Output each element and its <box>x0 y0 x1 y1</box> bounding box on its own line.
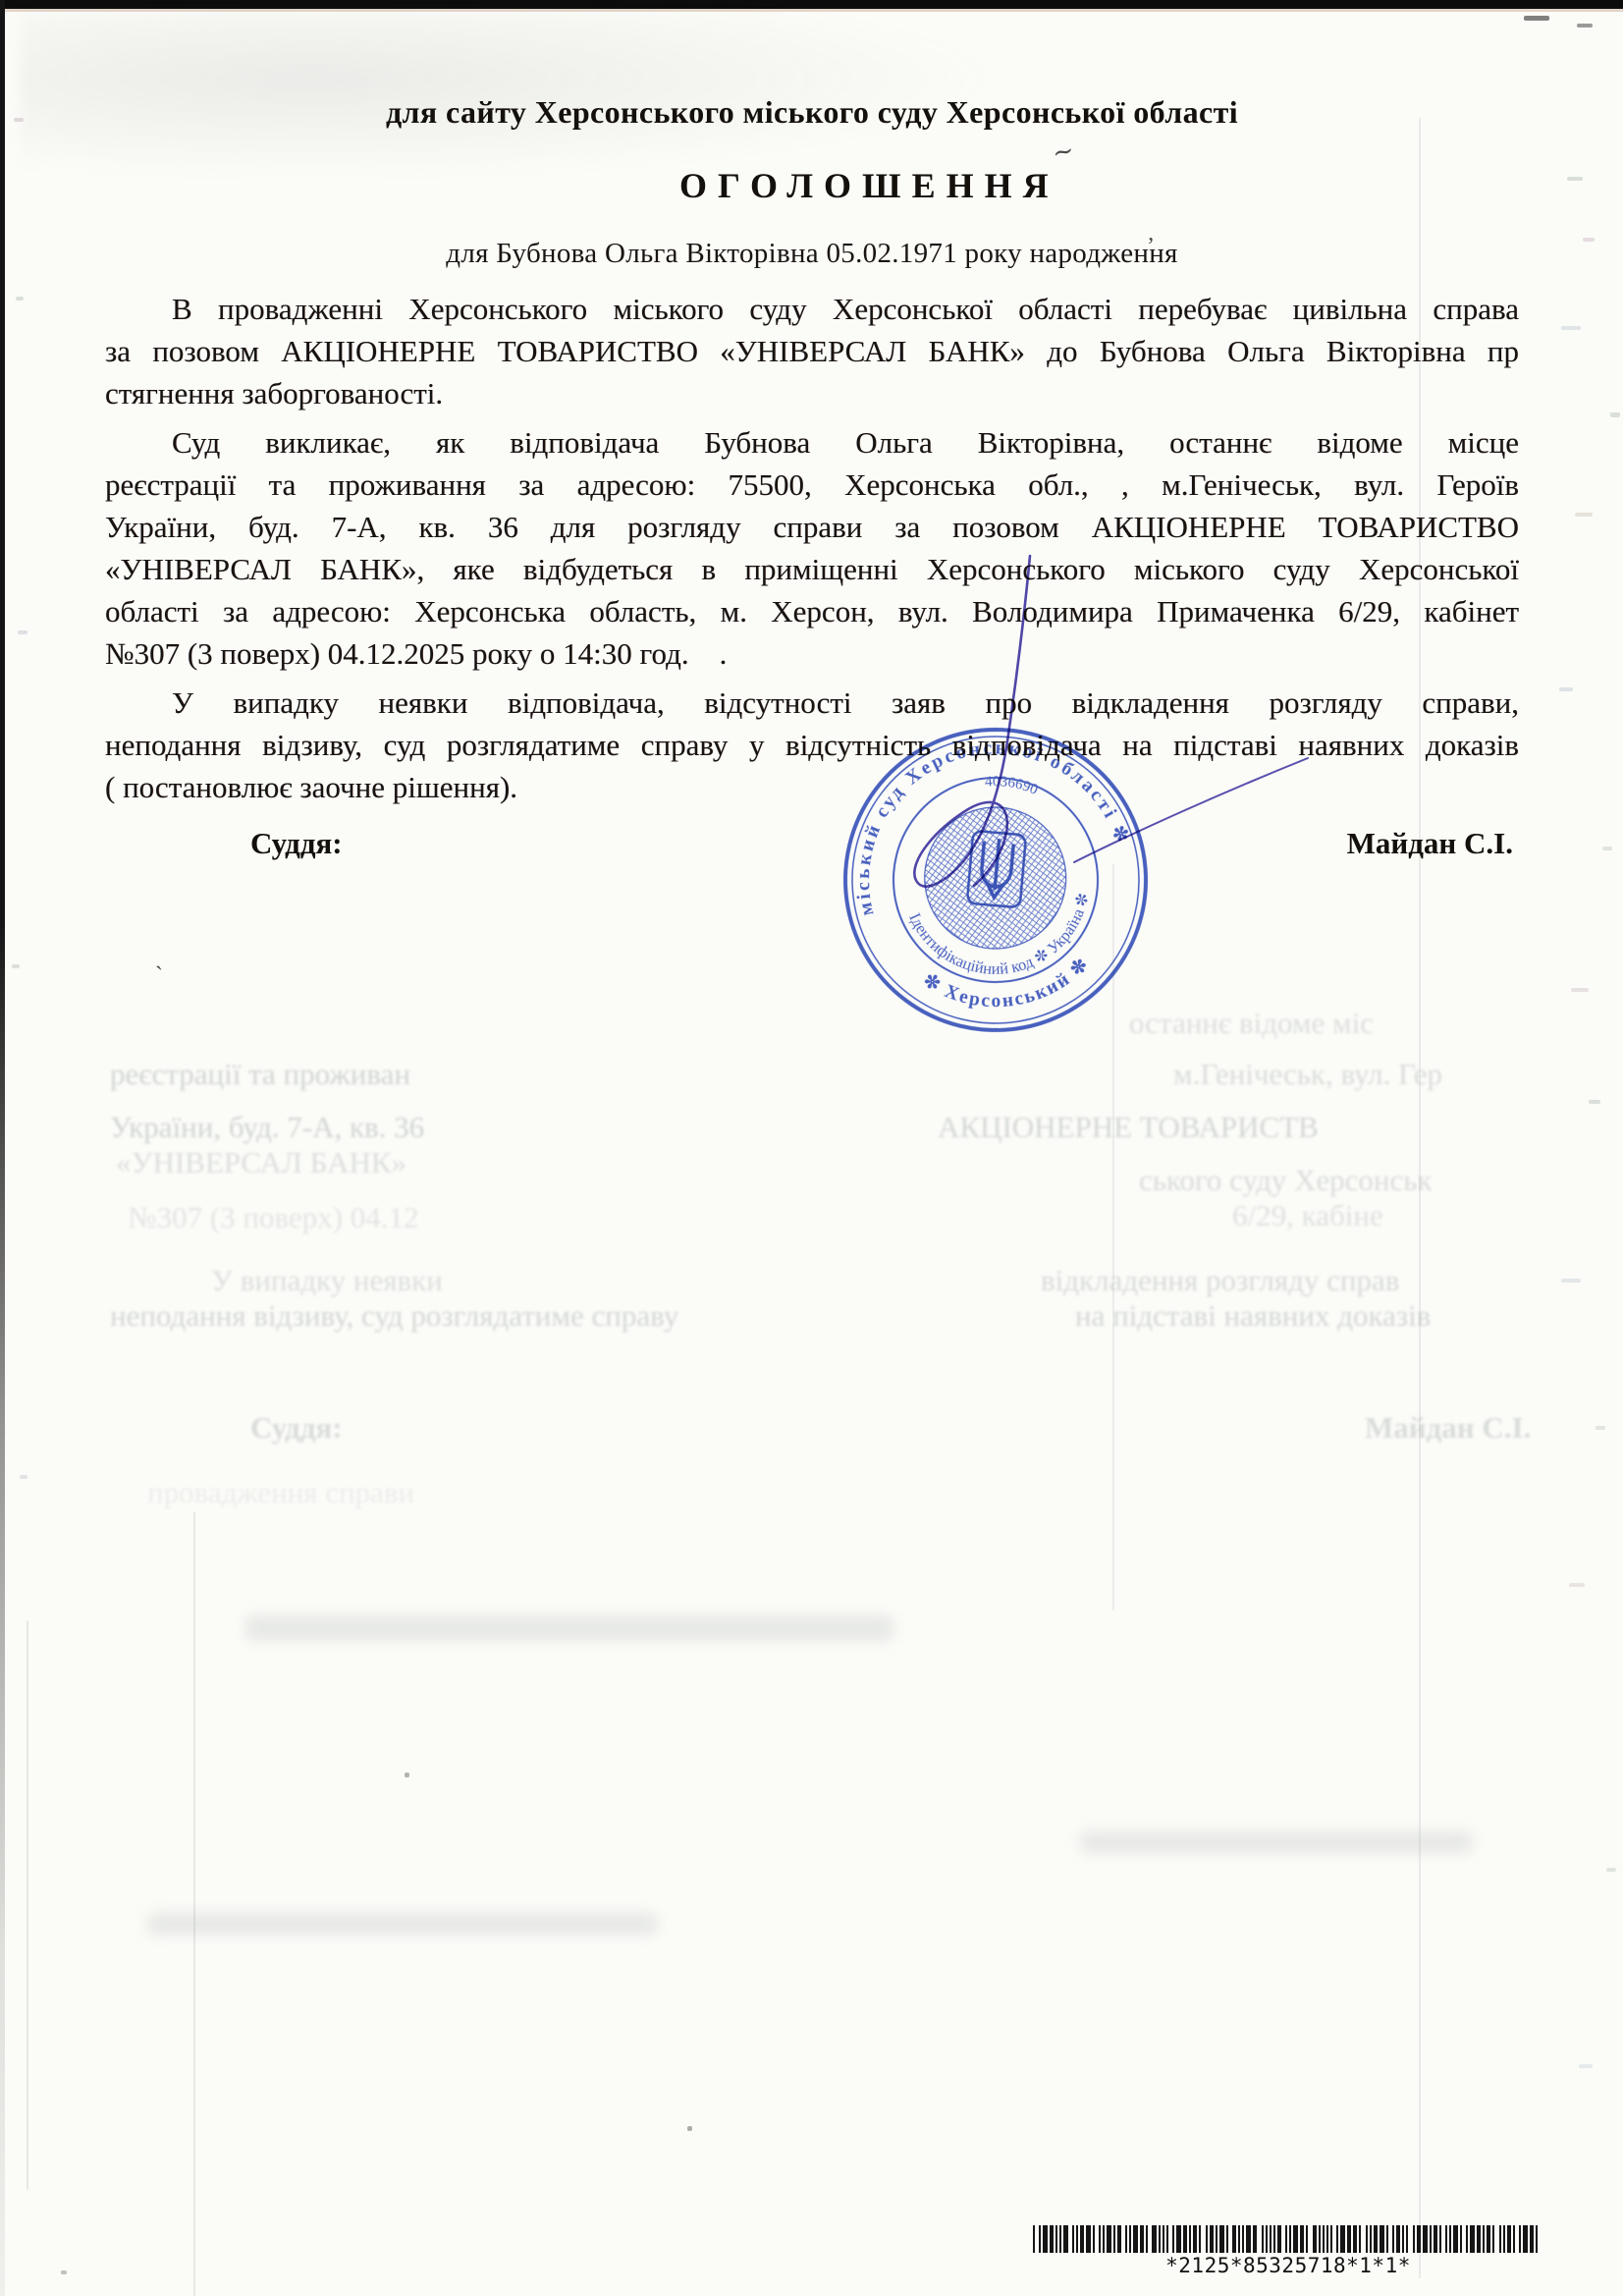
body-line: №307 (3 поверх) 04.12.2025 року о 14:30 … <box>105 632 1519 675</box>
body-line: неподання відзиву, суд розглядатиме спра… <box>105 724 1519 766</box>
scan-vertical-line <box>193 1512 195 2296</box>
ghost-line: «УНІВЕРСАЛ БАНК» <box>116 1145 406 1180</box>
ghost-line: м.Генічеськ, вул. Гер <box>1173 1057 1442 1092</box>
body-line: за позовом АКЦІОНЕРНЕ ТОВАРИСТВО «УНІВЕР… <box>105 330 1519 372</box>
body-line: Суд викликає, як відповідача Бубнова Оль… <box>105 421 1519 464</box>
margin-speck <box>1569 1583 1585 1587</box>
margin-speck <box>1596 1426 1605 1430</box>
svg-text:4036690: 4036690 <box>983 767 1042 804</box>
margin-speck <box>687 2126 692 2131</box>
margin-speck <box>20 1475 27 1479</box>
body-line: України, буд. 7-А, кв. 36 для розгляду с… <box>105 506 1519 548</box>
ghost-line: №307 (3 поверх) 04.12 <box>128 1200 419 1235</box>
margin-speck <box>12 964 20 968</box>
margin-speck <box>1524 16 1549 21</box>
addressee-line: для Бубнова Ольга Вікторівна 05.02.1971 … <box>105 238 1519 270</box>
barcode: *2125*85325718*1*1* <box>1033 2225 1543 2284</box>
ghost-line: провадження справи <box>147 1475 414 1510</box>
document-title: для сайту Херсонського міського суду Хер… <box>105 94 1519 131</box>
margin-speck <box>1602 847 1612 850</box>
margin-speck <box>61 2270 67 2274</box>
body-line: ( постановлює заочне рішення). <box>105 766 1519 808</box>
paragraph: В провадженні Херсонського міського суду… <box>105 288 1519 414</box>
paragraph: Суд викликає, як відповідача Бубнова Оль… <box>105 421 1519 675</box>
announcement-heading: ОГОЛОШЕННЯ <box>679 165 1092 206</box>
pen-squiggle-mark: ∼ <box>1050 136 1077 169</box>
margin-speck <box>1571 988 1589 992</box>
margin-speck <box>27 1620 28 2190</box>
ghost-line: реєстрації та проживан <box>110 1057 410 1092</box>
margin-speck <box>1589 1100 1600 1104</box>
document-body: В провадженні Херсонського міського суду… <box>105 288 1519 815</box>
barcode-text: *2125*85325718*1*1* <box>1033 2254 1543 2277</box>
scan-left-edge <box>0 0 5 2296</box>
margin-speck <box>1559 687 1573 691</box>
body-line: стягнення заборгованості. <box>105 372 1519 414</box>
margin-speck <box>14 118 24 122</box>
margin-speck <box>1561 326 1581 330</box>
margin-speck <box>18 630 27 634</box>
ghost-line: 6/29, кабіне <box>1232 1198 1383 1233</box>
paragraph: У випадку неявки відповідача, відсутност… <box>105 682 1519 808</box>
ghost-line: Майдан С.І. <box>1365 1410 1531 1446</box>
margin-speck <box>1579 2064 1593 2068</box>
barcode-bars <box>1033 2225 1543 2253</box>
margin-speck <box>1567 177 1583 181</box>
margin-speck <box>1577 24 1593 27</box>
signature-row: Суддя: Майдан С.І. <box>0 826 1623 871</box>
body-line: реєстрації та проживання за адресою: 755… <box>105 464 1519 506</box>
margin-speck <box>1606 1868 1616 1872</box>
ghost-line: АКЦІОНЕРНЕ ТОВАРИСТВ <box>938 1110 1319 1145</box>
body-line: області за адресою: Херсонська область, … <box>105 590 1519 632</box>
scanned-court-document: { "document": { "site_line": "для сайту … <box>0 0 1623 2296</box>
margin-speck <box>1583 238 1595 242</box>
ghost-line: України, буд. 7-А, кв. 36 <box>110 1110 424 1145</box>
body-line: «УНІВЕРСАЛ БАНК», яке відбудеться в прим… <box>105 548 1519 590</box>
scan-top-edge <box>0 0 1623 9</box>
margin-speck <box>16 297 24 301</box>
margin-speck <box>405 1773 409 1777</box>
body-line: В провадженні Херсонського міського суду… <box>105 288 1519 330</box>
stamp-code-number: 4036690 <box>983 767 1042 804</box>
court-stamp: міський суд Херсонської області ✼ ✼ Херс… <box>817 701 1174 1059</box>
margin-speck <box>1575 513 1593 517</box>
comma-mark: ˏ <box>155 945 163 971</box>
judge-name: Майдан С.І. <box>1347 826 1513 861</box>
apostrophe-mark: ʼ <box>1147 234 1155 260</box>
margin-speck <box>1561 1279 1581 1283</box>
ghost-line: ського суду Херсонськ <box>1139 1163 1432 1198</box>
margin-speck <box>1610 412 1620 417</box>
ghost-line: Суддя: <box>250 1410 343 1446</box>
ghost-line: на підставі наявних доказів <box>1075 1298 1431 1334</box>
ghost-line: відкладення розгляду справ <box>1041 1263 1399 1298</box>
body-line: У випадку неявки відповідача, відсутност… <box>105 682 1519 724</box>
ghost-line: неподання відзиву, суд розглядатиме спра… <box>110 1298 678 1334</box>
judge-label: Суддя: <box>250 826 343 861</box>
ghost-line: У випадку неявки <box>211 1263 443 1298</box>
